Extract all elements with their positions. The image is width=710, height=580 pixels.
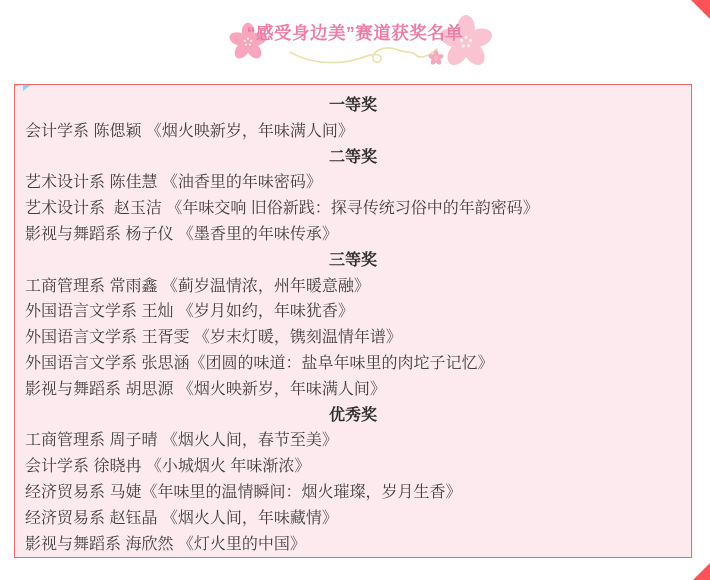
award-section: 优秀奖 工商管理系 周子晴 《烟火人间，春节至美》会计学系 徐晓冉 《小城烟火 …: [25, 403, 681, 558]
award-announcement-page: “感受身边美”赛道获奖名单 一等奖 会计学系 陈偲颖 《烟火映新岁，年味满人间》…: [0, 0, 710, 580]
entry-line: 外国语言文学系 王胥雯 《岁末灯暖，镌刻温情年谱》: [25, 325, 681, 351]
entry-line: 艺术设计系 赵玉洁 《年味交响 旧俗新践：探寻传统习俗中的年韵密码》: [25, 196, 681, 222]
entry-line: 外国语言文学系 王灿 《岁月如约，年味犹香》: [25, 299, 681, 325]
section-entries: 会计学系 陈偲颖 《烟火映新岁，年味满人间》: [25, 119, 681, 145]
entry-line: 工商管理系 周子晴 《烟火人间，春节至美》: [25, 428, 681, 454]
blue-arrow-icon: [23, 84, 32, 91]
swirl-underline-icon: [288, 44, 444, 68]
entry-line: 会计学系 徐晓冉 《小城烟火 年味渐浓》: [25, 454, 681, 480]
award-section: 三等奖 工商管理系 常雨鑫 《蓟岁温情浓，州年暖意融》外国语言文学系 王灿 《岁…: [25, 248, 681, 403]
award-section: 二等奖 艺术设计系 陈佳慧 《油香里的年味密码》艺术设计系 赵玉洁 《年味交响 …: [25, 145, 681, 248]
entry-line: 会计学系 陈偲颖 《烟火映新岁，年味满人间》: [25, 119, 681, 145]
entry-line: 影视与舞蹈系 海欣然 《灯火里的中国》: [25, 532, 681, 558]
section-entries: 工商管理系 常雨鑫 《蓟岁温情浓，州年暖意融》外国语言文学系 王灿 《岁月如约，…: [25, 274, 681, 403]
entry-line: 艺术设计系 陈佳慧 《油香里的年味密码》: [25, 170, 681, 196]
cherry-blossom-icon: [428, 50, 444, 66]
section-entries: 艺术设计系 陈佳慧 《油香里的年味密码》艺术设计系 赵玉洁 《年味交响 旧俗新践…: [25, 170, 681, 247]
entry-line: 经济贸易系 赵钰晶 《烟火人间，年味藏情》: [25, 506, 681, 532]
header: “感受身边美”赛道获奖名单: [0, 0, 710, 84]
awards-list: 一等奖 会计学系 陈偲颖 《烟火映新岁，年味满人间》 二等奖 艺术设计系 陈佳慧…: [25, 93, 681, 557]
awards-panel: 一等奖 会计学系 陈偲颖 《烟火映新岁，年味满人间》 二等奖 艺术设计系 陈佳慧…: [14, 84, 692, 558]
page-title: “感受身边美”赛道获奖名单: [0, 20, 710, 45]
entry-line: 经济贸易系 马婕《年味里的温情瞬间：烟火璀璨，岁月生香》: [25, 480, 681, 506]
section-heading: 三等奖: [25, 248, 681, 274]
award-section: 一等奖 会计学系 陈偲颖 《烟火映新岁，年味满人间》: [25, 93, 681, 145]
page-corner-triangle-bottom-icon: [693, 563, 710, 580]
section-heading: 二等奖: [25, 145, 681, 171]
yellow-arrow-icon: [14, 84, 22, 89]
section-entries: 工商管理系 周子晴 《烟火人间，春节至美》会计学系 徐晓冉 《小城烟火 年味渐浓…: [25, 428, 681, 557]
section-heading: 优秀奖: [25, 403, 681, 429]
entry-line: 影视与舞蹈系 胡思源 《烟火映新岁，年味满人间》: [25, 377, 681, 403]
entry-line: 影视与舞蹈系 杨子仪 《墨香里的年味传承》: [25, 222, 681, 248]
section-heading: 一等奖: [25, 93, 681, 119]
entry-line: 外国语言文学系 张思涵《团圆的味道：盐阜年味里的肉坨子记忆》: [25, 351, 681, 377]
entry-line: 工商管理系 常雨鑫 《蓟岁温情浓，州年暖意融》: [25, 274, 681, 300]
